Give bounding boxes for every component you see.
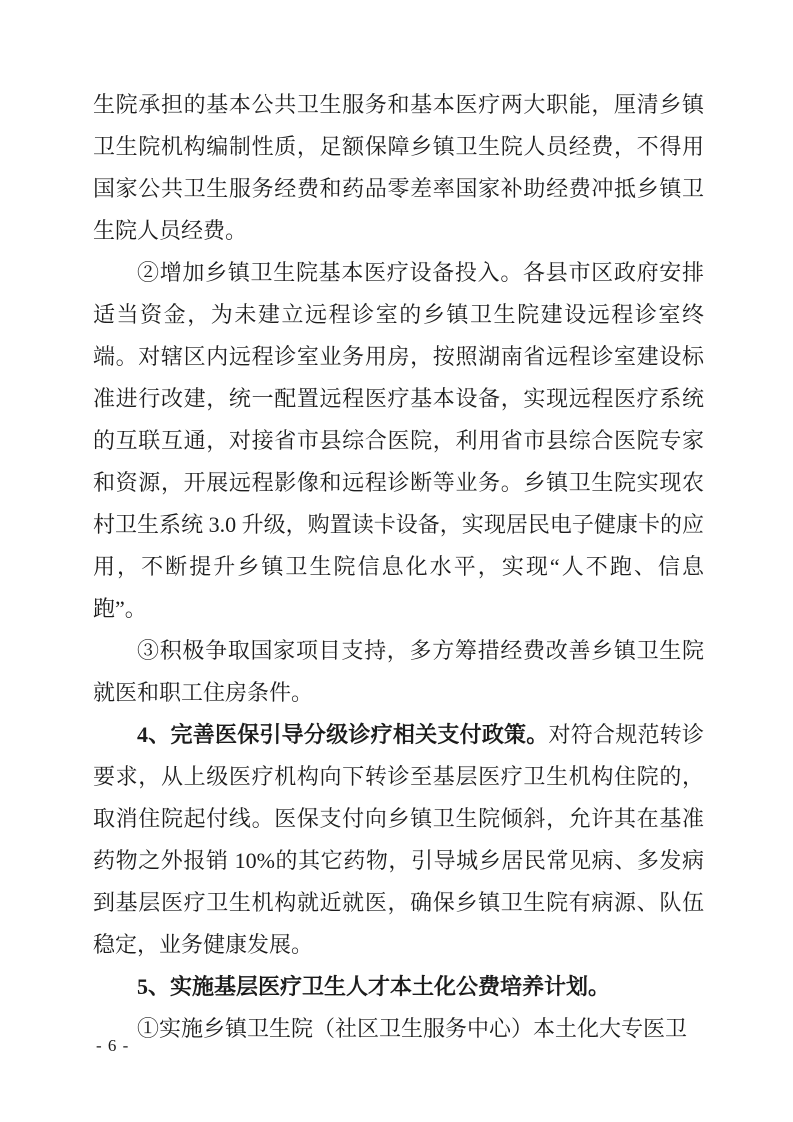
document-body: 生院承担的基本公共卫生服务和基本医疗两大职能，厘清乡镇卫生院机构编制性质，足额保…: [93, 84, 704, 1050]
paragraph-item-circle2: ②增加乡镇卫生院基本医疗设备投入。各县市区政府安排适当资金，为未建立远程诊室的乡…: [93, 252, 704, 630]
paragraph-section-5-heading: 5、实施基层医疗卫生人才本土化公费培养计划。: [93, 966, 704, 1008]
paragraph-section-4: 4、完善医保引导分级诊疗相关支付政策。对符合规范转诊要求，从上级医疗机构向下转诊…: [93, 714, 704, 966]
paragraph-item-circle3: ③积极争取国家项目支持，多方筹措经费改善乡镇卫生院就医和职工住房条件。: [93, 630, 704, 714]
document-page: 生院承担的基本公共卫生服务和基本医疗两大职能，厘清乡镇卫生院机构编制性质，足额保…: [0, 0, 793, 1122]
section-4-heading: 4、完善医保引导分级诊疗相关支付政策。: [137, 722, 549, 747]
page-number: - 6 -: [96, 1036, 129, 1056]
paragraph-continuation: 生院承担的基本公共卫生服务和基本医疗两大职能，厘清乡镇卫生院机构编制性质，足额保…: [93, 84, 704, 252]
paragraph-item-circle1: ①实施乡镇卫生院（社区卫生服务中心）本土化大专医卫: [93, 1008, 704, 1050]
section-4-body-text: 对符合规范转诊要求，从上级医疗机构向下转诊至基层医疗卫生机构住院的，取消住院起付…: [93, 722, 704, 957]
